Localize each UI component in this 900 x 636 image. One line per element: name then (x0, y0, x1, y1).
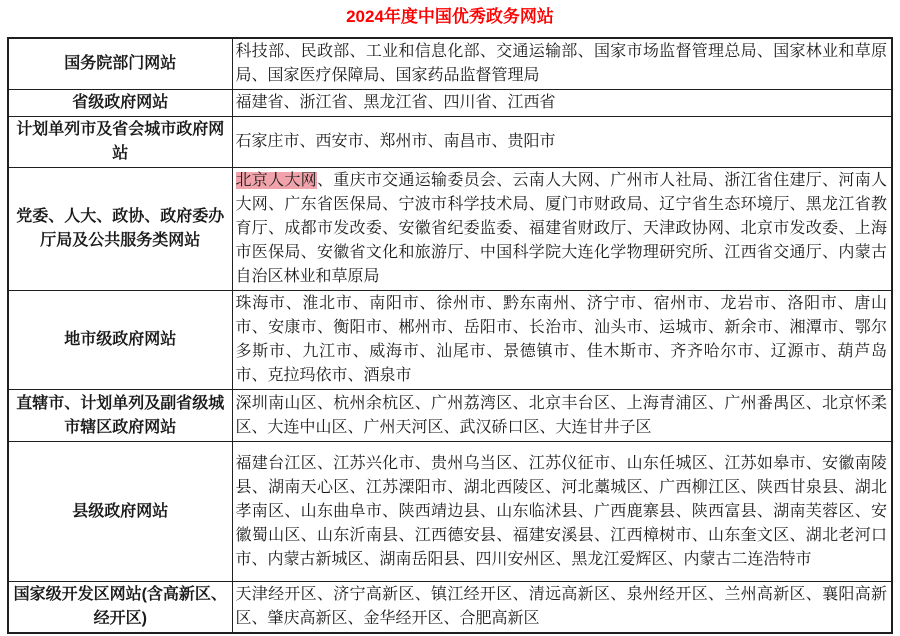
table-row: 国务院部门网站 科技部、民政部、工业和信息化部、交通运输部、国家市场监督管理总局… (8, 38, 892, 90)
table-row: 国家级开发区网站(含高新区、经开区) 天津经开区、济宁高新区、镇江经开区、清远高… (8, 582, 892, 634)
category-state-council-departments: 国务院部门网站 (8, 38, 232, 90)
sites-list-municipality-district-government: 深圳南山区、杭州余杭区、广州荔湾区、北京丰台区、上海青浦区、广州番禺区、北京怀柔… (232, 390, 892, 442)
document: 2024年度中国优秀政务网站 国务院部门网站 科技部、民政部、工业和信息化部、交… (0, 0, 900, 636)
sites-list-national-development-zones: 天津经开区、济宁高新区、镇江经开区、清远高新区、泉州经开区、兰州高新区、襄阳高新… (232, 582, 892, 634)
table-row: 地市级政府网站 珠海市、淮北市、南阳市、徐州市、黔东南州、济宁市、宿州市、龙岩市… (8, 291, 892, 390)
sites-list-planned-cities-and-capitals: 石家庄市、西安市、郑州市、南昌市、贵阳市 (232, 117, 892, 168)
category-county-level-government: 县级政府网站 (8, 442, 232, 582)
category-national-development-zones: 国家级开发区网站(含高新区、经开区) (8, 582, 232, 634)
awards-table: 国务院部门网站 科技部、民政部、工业和信息化部、交通运输部、国家市场监督管理总局… (7, 37, 893, 634)
category-provincial-government: 省级政府网站 (8, 90, 232, 117)
sites-list-state-council-departments: 科技部、民政部、工业和信息化部、交通运输部、国家市场监督管理总局、国家林业和草原… (232, 38, 892, 90)
table-row: 县级政府网站 福建台江区、江苏兴化市、贵州乌当区、江苏仪征市、山东任城区、江苏如… (8, 442, 892, 582)
sites-list-county-level-government: 福建台江区、江苏兴化市、贵州乌当区、江苏仪征市、山东任城区、江苏如皋市、安徽南陵… (232, 442, 892, 582)
sites-list-provincial-government: 福建省、浙江省、黑龙江省、四川省、江西省 (232, 90, 892, 117)
sites-list-rest: 、重庆市交通运输委员会、云南人大网、广州市人社局、浙江省住建厅、河南人大网、广东… (236, 172, 888, 285)
category-municipality-district-government: 直辖市、计划单列及副省级城市辖区政府网站 (8, 390, 232, 442)
highlighted-site: 北京人大网 (236, 172, 317, 189)
table-row: 省级政府网站 福建省、浙江省、黑龙江省、四川省、江西省 (8, 90, 892, 117)
sites-list-prefecture-level-government: 珠海市、淮北市、南阳市、徐州市、黔东南州、济宁市、宿州市、龙岩市、洛阳市、唐山市… (232, 291, 892, 390)
category-prefecture-level-government: 地市级政府网站 (8, 291, 232, 390)
category-party-committees-and-public-services: 党委、人大、政协、政府委办厅局及公共服务类网站 (8, 168, 232, 291)
table-row: 党委、人大、政协、政府委办厅局及公共服务类网站 北京人大网、重庆市交通运输委员会… (8, 168, 892, 291)
page-title: 2024年度中国优秀政务网站 (0, 0, 900, 37)
category-planned-cities-and-capitals: 计划单列市及省会城市政府网站 (8, 117, 232, 168)
table-row: 直辖市、计划单列及副省级城市辖区政府网站 深圳南山区、杭州余杭区、广州荔湾区、北… (8, 390, 892, 442)
sites-list-party-committees-and-public-services: 北京人大网、重庆市交通运输委员会、云南人大网、广州市人社局、浙江省住建厅、河南人… (232, 168, 892, 291)
table-row: 计划单列市及省会城市政府网站 石家庄市、西安市、郑州市、南昌市、贵阳市 (8, 117, 892, 168)
